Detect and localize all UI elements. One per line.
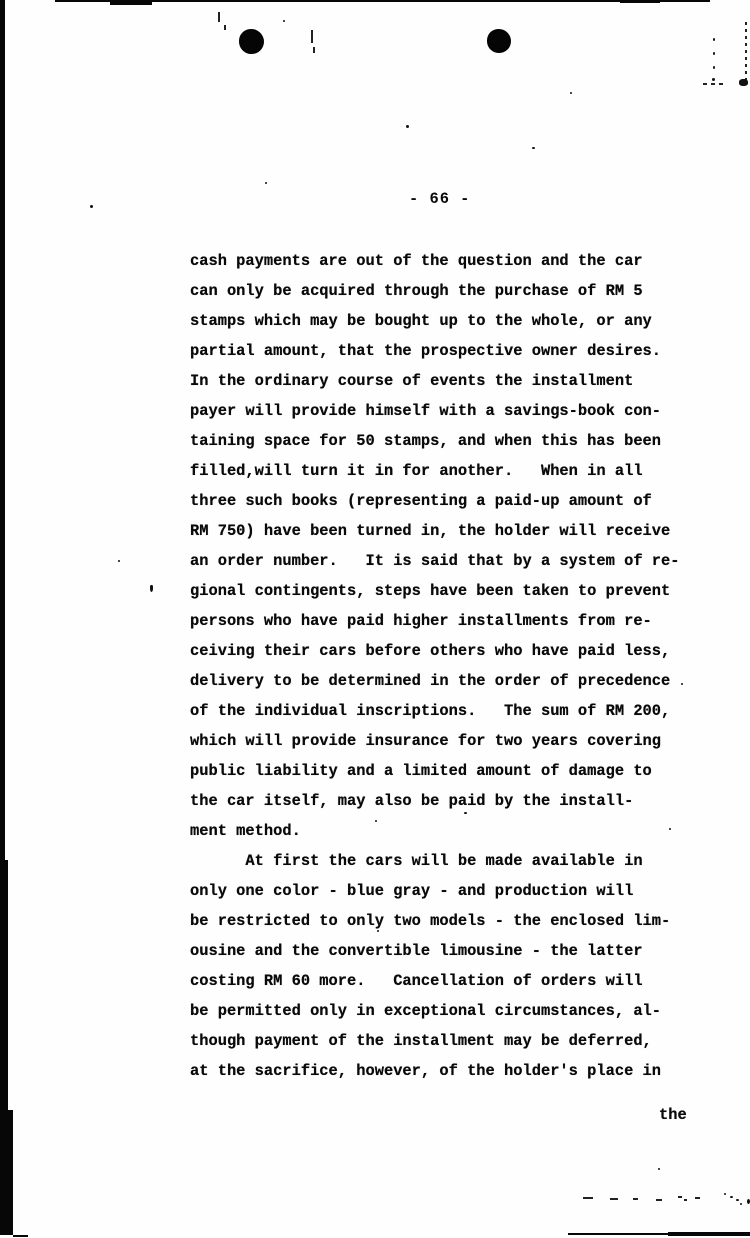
text-line: ceiving their cars before others who hav…: [190, 636, 710, 666]
document-body: cash payments are out of the question an…: [190, 246, 710, 1086]
text-line: taining space for 50 stamps, and when th…: [190, 426, 710, 456]
scan-mark: [656, 1199, 662, 1201]
scan-edge-top: [110, 0, 152, 5]
text-line: payer will provide himself with a saving…: [190, 396, 710, 426]
text-line: In the ordinary course of events the ins…: [190, 366, 710, 396]
catchword: the: [659, 1106, 687, 1124]
scan-mark: [313, 47, 315, 53]
text-line: though payment of the installment may be…: [190, 1026, 710, 1056]
text-line: stamps which may be bought up to the who…: [190, 306, 710, 336]
scan-mark: [610, 1198, 618, 1200]
scan-speck: [265, 182, 267, 184]
scan-mark: [695, 1197, 700, 1199]
scan-speck: [669, 828, 671, 830]
scan-mark: [745, 22, 747, 84]
scan-edge-left: [0, 0, 5, 860]
scan-mark: [311, 30, 313, 43]
text-line: filled,will turn it in for another. When…: [190, 456, 710, 486]
text-line: ment method.: [190, 816, 710, 846]
text-line: public liability and a limited amount of…: [190, 756, 710, 786]
scan-mark: [703, 83, 727, 85]
text-line: RM 750) have been turned in, the holder …: [190, 516, 710, 546]
scan-speck: [570, 92, 572, 94]
scan-edge-bottom: [13, 1235, 28, 1237]
page-number: - 66 -: [409, 190, 470, 208]
scan-edge-top: [620, 0, 660, 3]
scan-mark: [583, 1197, 593, 1199]
scan-speck: [90, 205, 93, 208]
text-line: the car itself, may also be paid by the …: [190, 786, 710, 816]
text-line: gional contingents, steps have been take…: [190, 576, 710, 606]
text-line: three such books (representing a paid-up…: [190, 486, 710, 516]
scan-edge-bottom: [668, 1232, 750, 1236]
scan-speck: [736, 1199, 739, 1201]
scan-blob: [739, 79, 748, 86]
scan-speck: [730, 1196, 733, 1198]
text-line: at the sacrifice, however, of the holder…: [190, 1056, 710, 1086]
scan-edge-left: [0, 860, 8, 1110]
scan-speck: [375, 820, 377, 822]
scan-mark: [224, 25, 226, 30]
scan-mark: [633, 1198, 638, 1200]
scan-speck: [464, 812, 467, 814]
text-line: costing RM 60 more. Cancellation of orde…: [190, 966, 710, 996]
scan-mark: [678, 1196, 682, 1198]
text-line: which will provide insurance for two yea…: [190, 726, 710, 756]
scan-edge-left: [0, 1110, 13, 1235]
punch-hole-icon: [239, 29, 264, 54]
scan-speck: [118, 560, 120, 562]
text-line: only one color - blue gray - and product…: [190, 876, 710, 906]
text-line: of the individual inscriptions. The sum …: [190, 696, 710, 726]
scan-speck: [150, 585, 153, 592]
scan-mark: [218, 12, 220, 22]
scan-speck: [532, 147, 535, 149]
text-line: partial amount, that the prospective own…: [190, 336, 710, 366]
scan-speck: [712, 78, 715, 81]
scan-speck: [377, 930, 379, 932]
text-line: can only be acquired through the purchas…: [190, 276, 710, 306]
text-line: persons who have paid higher installment…: [190, 606, 710, 636]
text-line: At first the cars will be made available…: [190, 846, 710, 876]
scan-speck: [713, 66, 715, 69]
text-line: ousine and the convertible limousine - t…: [190, 936, 710, 966]
scan-speck: [713, 38, 715, 41]
scan-speck: [681, 683, 683, 685]
punch-hole-icon: [487, 29, 511, 53]
text-line: cash payments are out of the question an…: [190, 246, 710, 276]
scan-speck: [724, 1193, 726, 1195]
text-line: an order number. It is said that by a sy…: [190, 546, 710, 576]
scanned-page: - 66 - cash payments are out of the ques…: [0, 0, 750, 1238]
text-line: delivery to be determined in the order o…: [190, 666, 710, 696]
scan-speck: [713, 52, 715, 55]
scan-speck: [283, 20, 285, 22]
text-line: be permitted only in exceptional circums…: [190, 996, 710, 1026]
scan-speck: [658, 1168, 660, 1170]
scan-mark: [684, 1199, 687, 1201]
scan-speck: [740, 1203, 742, 1205]
text-line: be restricted to only two models - the e…: [190, 906, 710, 936]
scan-speck: [406, 125, 409, 128]
scan-edge-top: [55, 0, 710, 2]
